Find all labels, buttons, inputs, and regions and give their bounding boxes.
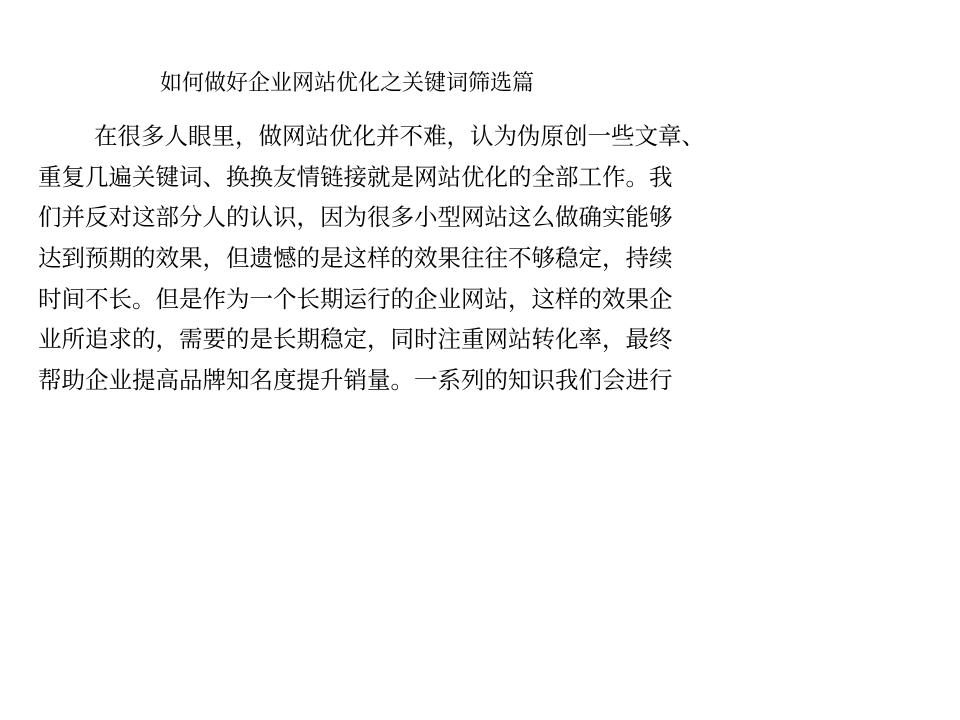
paragraph-line: 时间不长。但是作为一个长期运行的企业网站，这样的效果企 [38,279,798,320]
paragraph-line: 们并反对这部分人的认识，因为很多小型网站这么做确实能够 [38,197,798,238]
paragraph-line: 帮助企业提高品牌知名度提升销量。一系列的知识我们会进行 [38,360,798,401]
document-title: 如何做好企业网站优化之关键词筛选篇 [160,68,640,100]
document-body: 在很多人眼里，做网站优化并不难，认为伪原创一些文章、 重复几遍关键词、换换友情链… [38,116,798,401]
document-page: 如何做好企业网站优化之关键词筛选篇 在很多人眼里，做网站优化并不难，认为伪原创一… [0,0,960,720]
paragraph-line: 达到预期的效果，但遗憾的是这样的效果往往不够稳定，持续 [38,238,798,279]
paragraph-line: 重复几遍关键词、换换友情链接就是网站优化的全部工作。我 [38,157,798,198]
paragraph-line: 业所追求的，需要的是长期稳定，同时注重网站转化率，最终 [38,319,798,360]
paragraph-line: 在很多人眼里，做网站优化并不难，认为伪原创一些文章、 [38,116,798,157]
